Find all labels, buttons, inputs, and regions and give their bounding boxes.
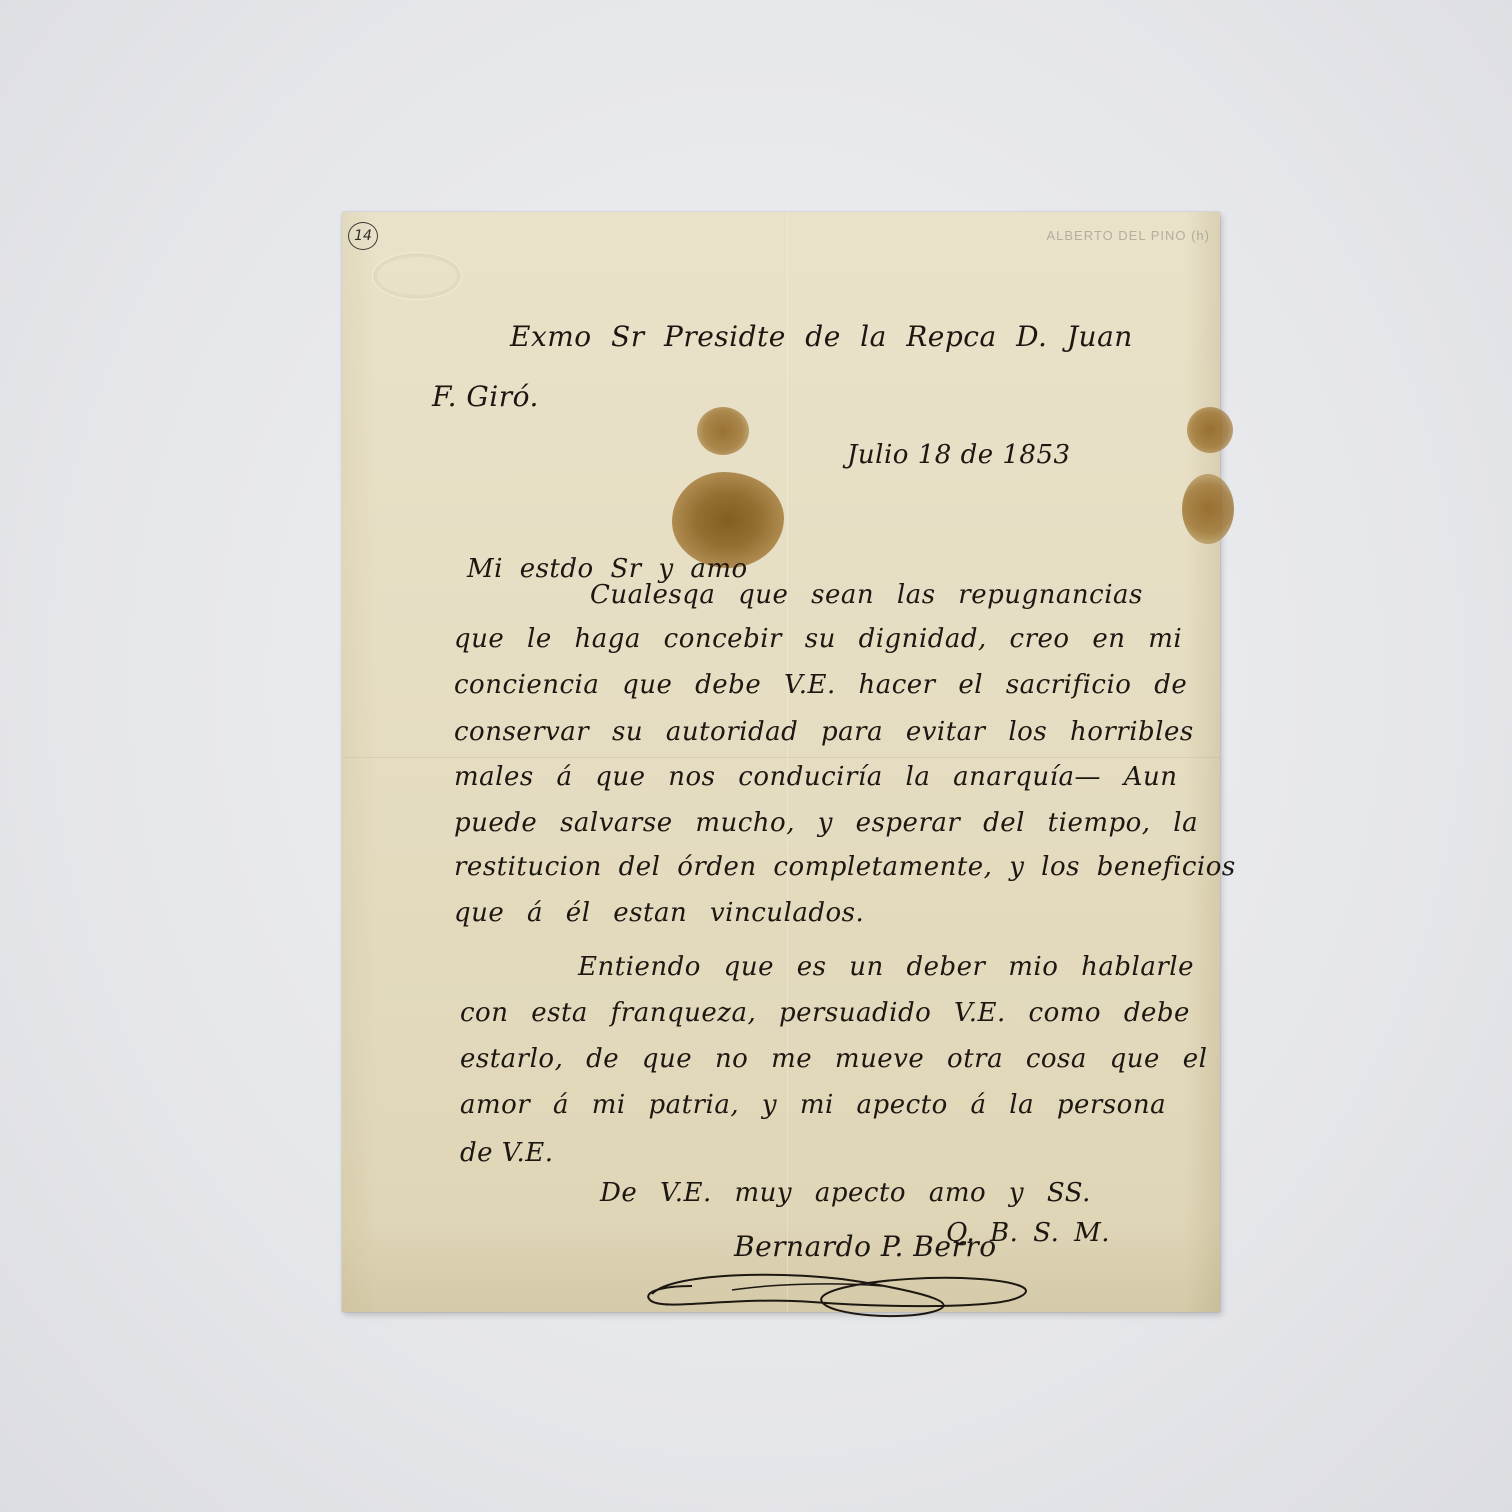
body-line: Entiendo que es un deber mio hablarle <box>578 952 1194 982</box>
embossed-seal-icon <box>372 252 462 300</box>
body-line: males á que nos conduciría la anarquía— … <box>454 762 1178 792</box>
body-line: con esta franqueza, persuadido V.E. como… <box>460 998 1190 1028</box>
address-line-1: Exmo Sr Presidte de la Repca D. Juan <box>510 320 1133 353</box>
folio-number-circle: 14 <box>348 222 378 250</box>
body-line: amor á mi patria, y mi apecto á la perso… <box>460 1090 1166 1120</box>
closing-line-1: De V.E. muy apecto amo y SS. <box>600 1178 1091 1208</box>
body-line: que á él estan vinculados. <box>454 898 864 928</box>
letter-sheet: 14 ALBERTO DEL PINO (h) Exmo Sr Presidte… <box>342 212 1220 1312</box>
address-line-2: F. Giró. <box>432 380 539 413</box>
ink-stain-small <box>697 407 749 455</box>
body-line: de V.E. <box>460 1138 554 1168</box>
body-line: restitucion del órden completamente, y l… <box>454 852 1236 882</box>
body-line: conciencia que debe V.E. hacer el sacrif… <box>454 670 1187 700</box>
signature-flourish-icon <box>632 1242 1052 1322</box>
body-line: conservar su autoridad para evitar los h… <box>454 717 1194 747</box>
archive-stamp: ALBERTO DEL PINO (h) <box>1046 228 1210 243</box>
body-line: puede salvarse mucho, y esperar del tiem… <box>454 808 1198 838</box>
body-line: Cualesqa que sean las repugnancias <box>590 580 1143 610</box>
edge-stain-upper <box>1187 407 1233 453</box>
body-line: que le haga concebir su dignidad, creo e… <box>454 624 1182 654</box>
letter-date: Julio 18 de 1853 <box>847 440 1071 470</box>
paper-fold-horizontal <box>342 757 1220 758</box>
edge-stain-lower <box>1182 474 1234 544</box>
body-line: estarlo, de que no me mueve otra cosa qu… <box>460 1044 1207 1074</box>
